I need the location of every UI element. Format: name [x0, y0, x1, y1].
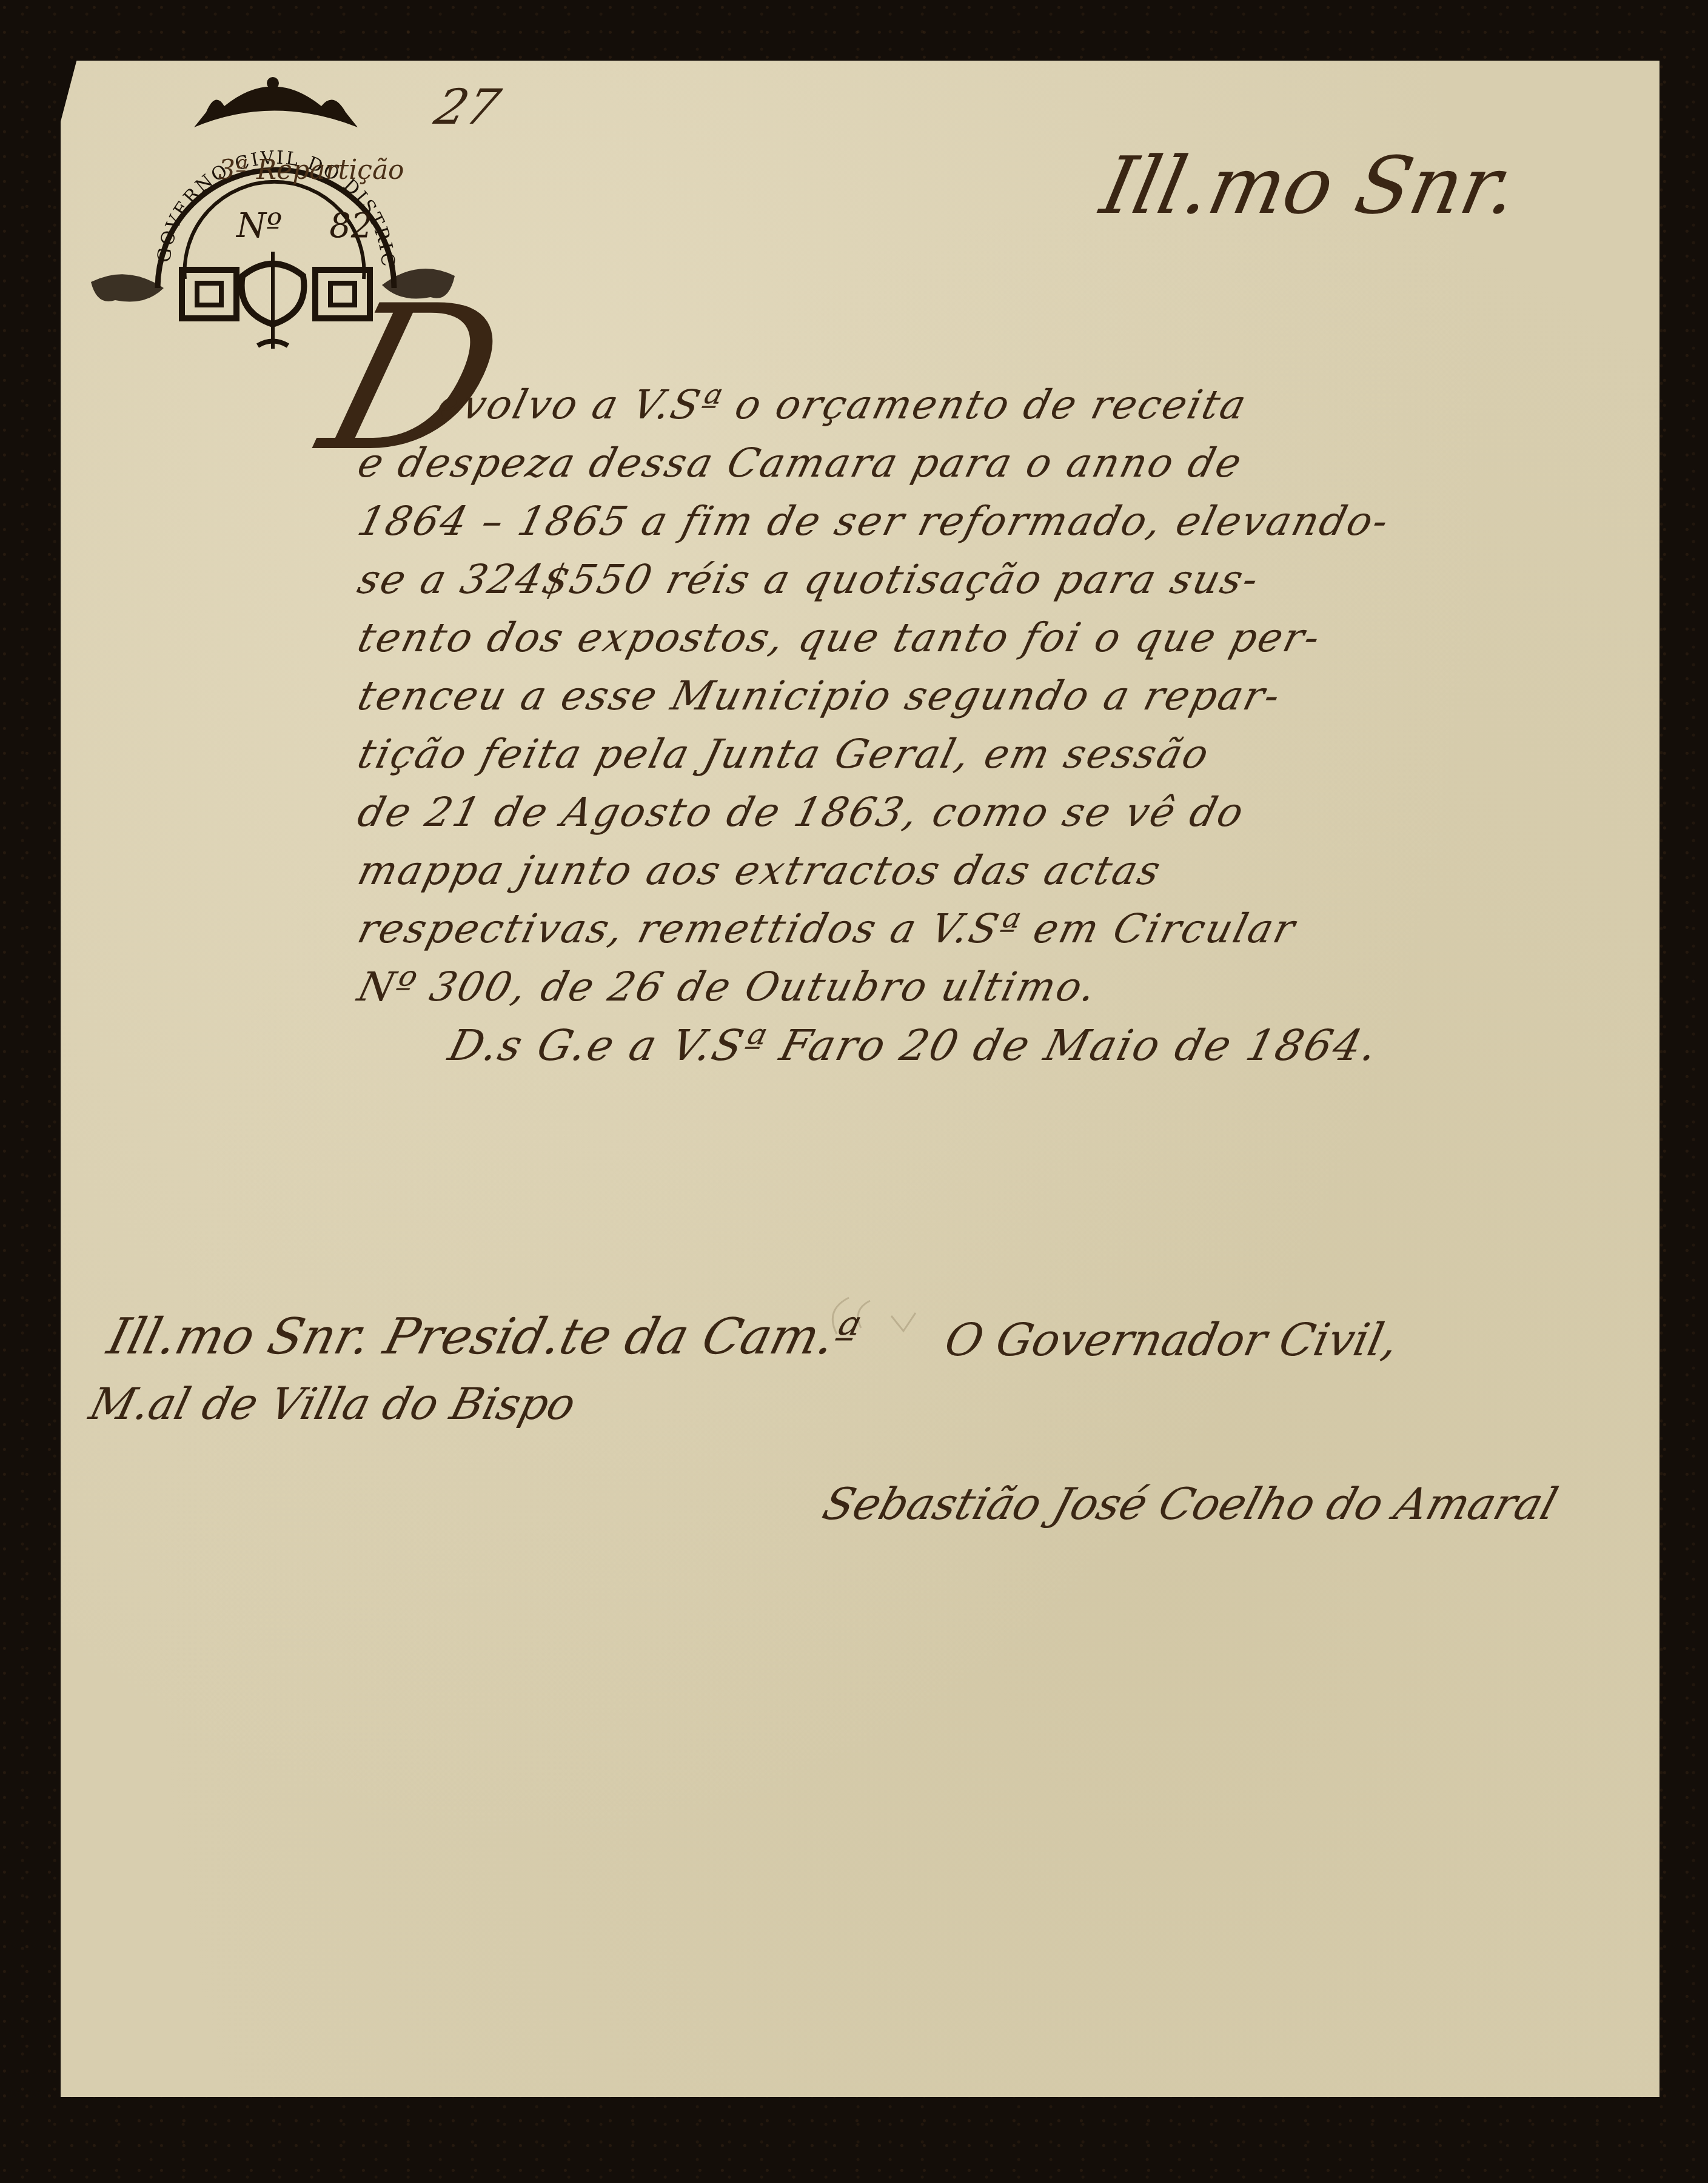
letter-body: evolvo a V.Sª o orçamento de receita e d…: [352, 376, 1655, 1075]
body-line: se a 324$550 réis a quotisação para sus-: [352, 551, 1670, 609]
addressee-block: Ill.mo Snr. Presid.te da Cam.ª M.al de V…: [91, 1304, 909, 1437]
signatory-name: Sebastião José Coelho do Amaral: [814, 1467, 1623, 1540]
body-line: evolvo a V.Sª o orçamento de receita: [352, 376, 1670, 434]
body-line: Nº 300, de 26 de Outubro ultimo.: [352, 958, 1670, 1016]
signatory-title: O Governador Civil,: [817, 1304, 1621, 1377]
body-line: e despeza dessa Camara para o anno de: [352, 434, 1670, 492]
body-line: 1864 – 1865 a fim de ser reformado, elev…: [352, 492, 1670, 551]
salutation: Ill.mo Snr.: [1094, 139, 1526, 232]
addressee-line: Ill.mo Snr. Presid.te da Cam.ª: [82, 1304, 917, 1370]
stamp-department: 3ª Repartição: [218, 155, 404, 186]
body-line: tenceu a esse Municipio segundo a repar-: [352, 667, 1670, 725]
signature-block: O Governador Civil, Sebastião José Coelh…: [825, 1304, 1613, 1540]
body-line: tição feita pela Junta Geral, em sessão: [352, 725, 1670, 783]
body-line: respectivas, remettidos a V.Sª em Circul…: [352, 900, 1670, 958]
body-line: mappa junto aos extractos das actas: [352, 842, 1670, 900]
stamp-number: Nº 82: [236, 206, 372, 246]
manuscript-page: GOVERNO CIVIL DO DISTRICTO DE FARO 3ª Re…: [61, 61, 1659, 2097]
stamp-number-label: Nº: [236, 206, 282, 246]
closing-date-line: D.s G.e a V.Sª Faro 20 de Maio de 1864.: [352, 1016, 1670, 1075]
body-line: tento dos expostos, que tanto foi o que …: [352, 609, 1670, 667]
stamp-number-value: 82: [329, 206, 372, 246]
addressee-line: M.al de Villa do Bispo: [82, 1370, 917, 1437]
body-line: de 21 de Agosto de 1863, como se vê do: [352, 783, 1670, 842]
